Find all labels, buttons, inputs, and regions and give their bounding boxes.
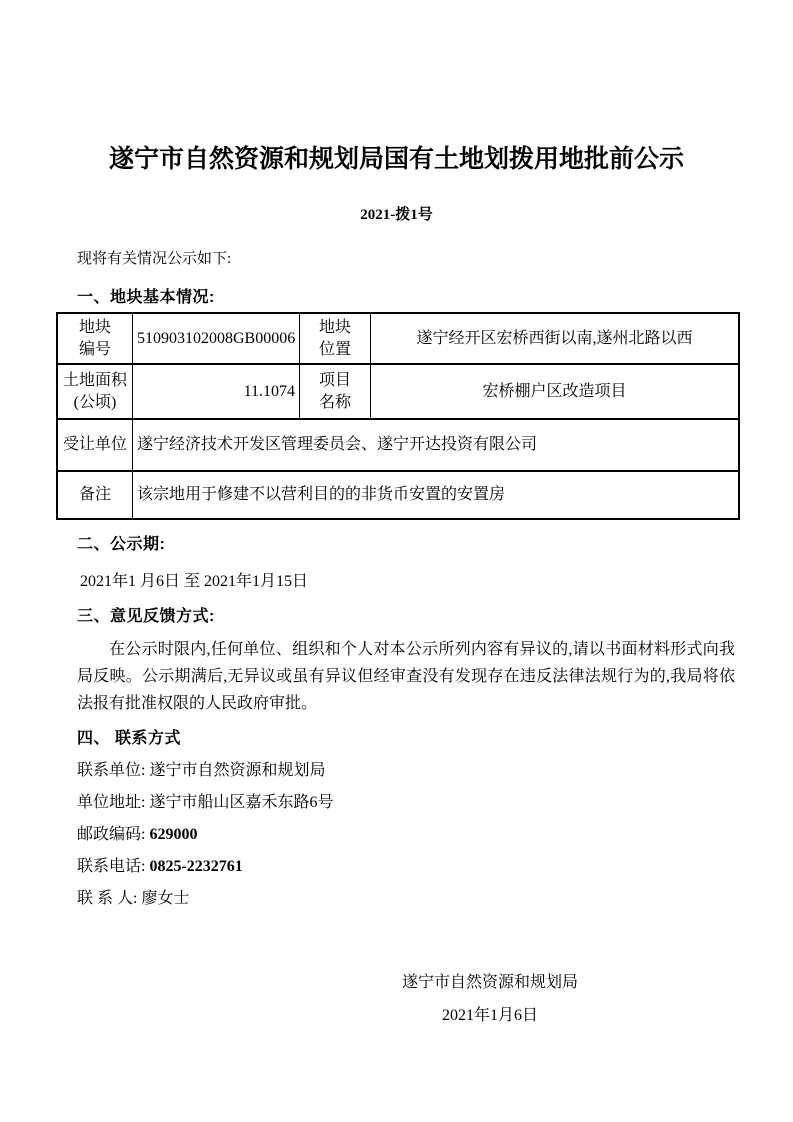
table-row: 受让单位 遂宁经济技术开发区管理委员会、遂宁开达投资有限公司 — [57, 419, 739, 471]
parcel-number-label: 地块 编号 — [57, 313, 133, 364]
postal-code-row: 邮政编码: 629000 — [77, 826, 793, 844]
parcel-location-value: 遂宁经开区宏桥西街以南,遂州北路以西 — [371, 313, 740, 364]
section-2-heading: 二、公示期: — [77, 531, 793, 554]
footer-date: 2021年1月6日 — [360, 999, 620, 1032]
remarks-value: 该宗地用于修建不以营利目的的非货币安置的安置房 — [133, 471, 740, 519]
phone-row: 联系电话: 0825-2232761 — [77, 858, 793, 876]
grantee-label: 受让单位 — [57, 419, 133, 471]
land-area-value: 11.1074 — [133, 364, 300, 419]
publicity-period: 2021年1 月6日 至 2021年1月15日 — [80, 568, 793, 591]
land-area-label: 土地面积 (公顷) — [57, 364, 133, 419]
document-number: 2021-拨1号 — [0, 203, 793, 224]
contact-unit-row: 联系单位: 遂宁市自然资源和规划局 — [77, 762, 793, 780]
project-name-label: 项目 名称 — [300, 364, 371, 419]
section-1-heading: 一、地块基本情况: — [77, 284, 793, 307]
contact-person-row: 联 系 人: 廖女士 — [77, 890, 793, 908]
unit-address-row: 单位地址: 遂宁市船山区嘉禾东路6号 — [77, 794, 793, 812]
section-3-heading: 三、意见反馈方式: — [77, 603, 793, 626]
contact-unit-value: 遂宁市自然资源和规划局 — [149, 762, 325, 779]
phone-value: 0825-2232761 — [149, 858, 242, 875]
unit-address-value: 遂宁市船山区嘉禾东路6号 — [149, 794, 333, 811]
postal-code-label: 邮政编码: — [77, 826, 145, 843]
signature-block: 遂宁市自然资源和规划局 2021年1月6日 — [360, 966, 620, 1032]
phone-label: 联系电话: — [77, 858, 145, 875]
table-row: 备注 该宗地用于修建不以营利目的的非货币安置的安置房 — [57, 471, 739, 519]
document-page: 遂宁市自然资源和规划局国有土地划拨用地批前公示 2021-拨1号 现将有关情况公… — [0, 0, 793, 1122]
postal-code-value: 629000 — [149, 826, 197, 843]
parcel-location-label: 地块 位置 — [300, 313, 371, 364]
table-row: 地块 编号 510903102008GB00006 地块 位置 遂宁经开区宏桥西… — [57, 313, 739, 364]
project-name-value: 宏桥棚户区改造项目 — [371, 364, 740, 419]
remarks-label: 备注 — [57, 471, 133, 519]
grantee-value: 遂宁经济技术开发区管理委员会、遂宁开达投资有限公司 — [133, 419, 740, 471]
contact-person-label: 联 系 人: — [77, 890, 137, 907]
contact-unit-label: 联系单位: — [77, 762, 145, 779]
parcel-number-value: 510903102008GB00006 — [133, 313, 300, 364]
page-title: 遂宁市自然资源和规划局国有土地划拨用地批前公示 — [0, 0, 793, 176]
feedback-paragraph: 在公示时限内,任何单位、组织和个人对本公示所列内容有异议的,请以书面材料形式向我… — [77, 636, 735, 717]
intro-text: 现将有关情况公示如下: — [77, 247, 793, 268]
unit-address-label: 单位地址: — [77, 794, 145, 811]
section-4-heading: 四、 联系方式 — [77, 725, 793, 748]
table-row: 土地面积 (公顷) 11.1074 项目 名称 宏桥棚户区改造项目 — [57, 364, 739, 419]
contact-person-value: 廖女士 — [141, 890, 189, 907]
land-info-table: 地块 编号 510903102008GB00006 地块 位置 遂宁经开区宏桥西… — [56, 312, 740, 520]
footer-org: 遂宁市自然资源和规划局 — [360, 966, 620, 999]
